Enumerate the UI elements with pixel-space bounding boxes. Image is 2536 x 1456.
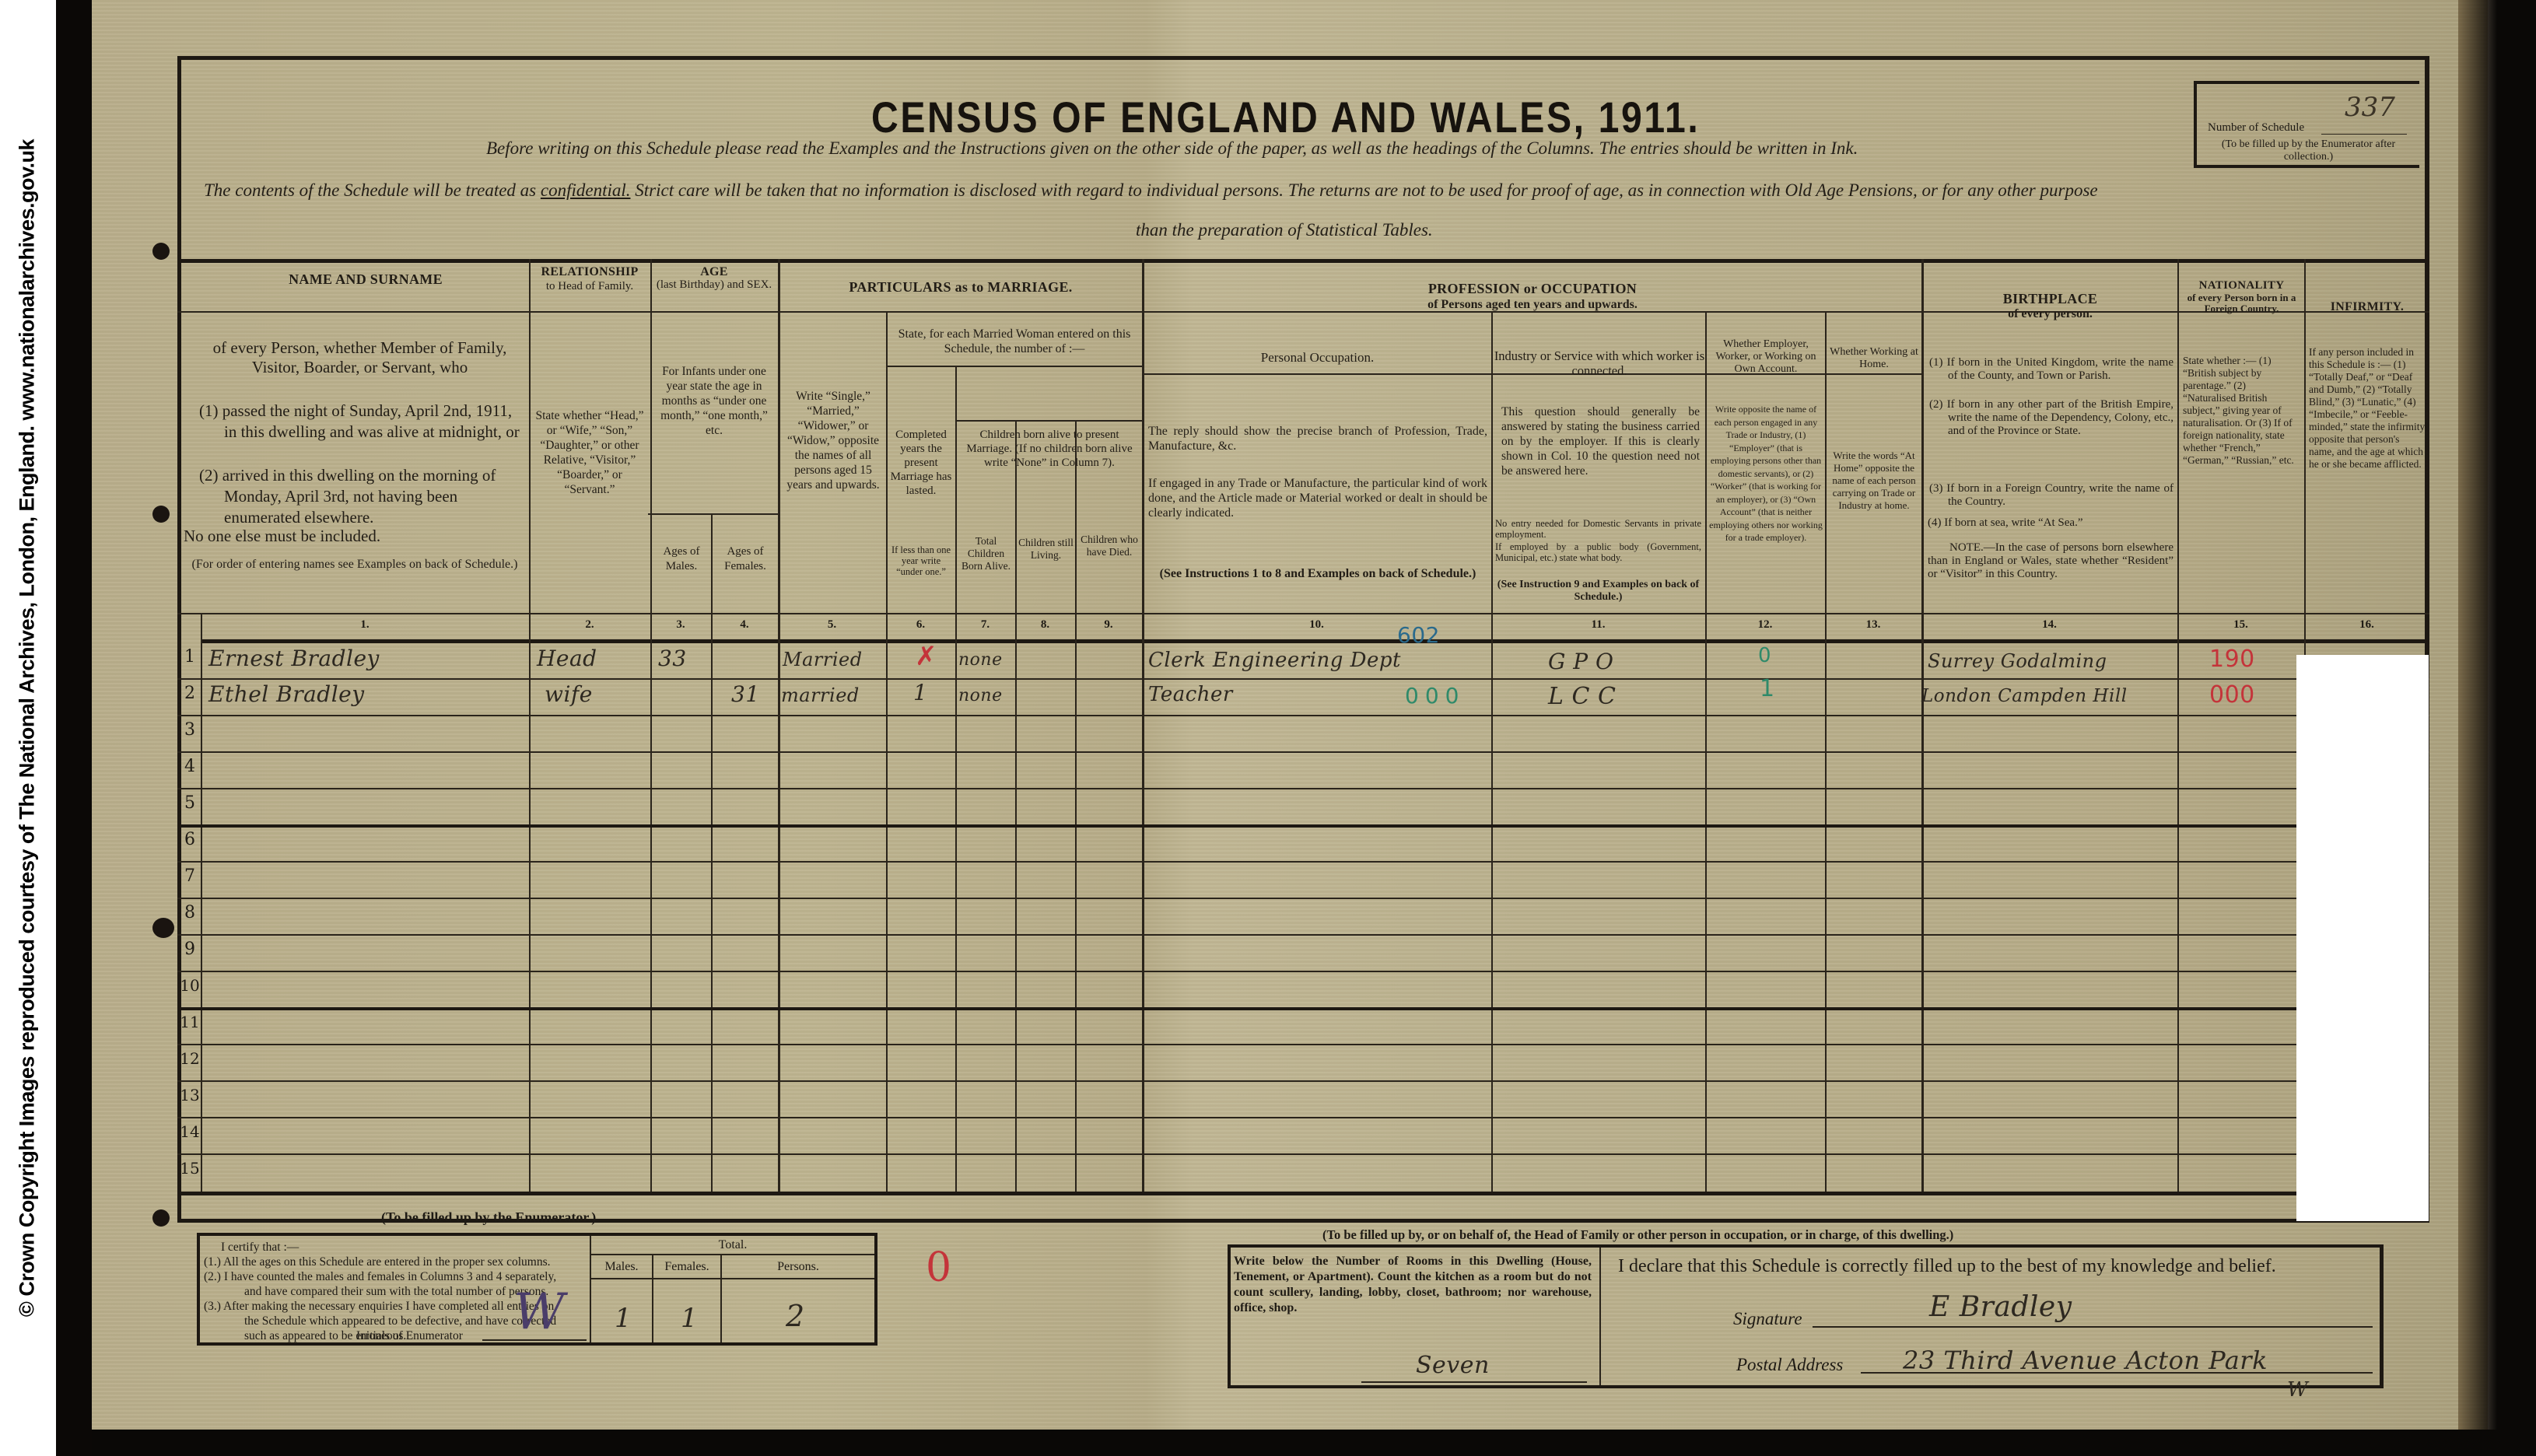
row-number: 14 bbox=[179, 1122, 201, 1141]
col-header-age-males: Ages of Males. bbox=[652, 544, 711, 574]
col-header-birthplace-item3: (3) If born in a Foreign Country, write … bbox=[1928, 482, 2173, 509]
row2-birthplace-code: 000 bbox=[2209, 681, 2255, 709]
row2-birthplace[interactable]: London Campden Hill bbox=[1921, 686, 2128, 706]
col-header-birthplace-item1: (1) If born in the United Kingdom, write… bbox=[1928, 356, 2173, 383]
total-males-label: Males. bbox=[591, 1260, 652, 1274]
row2-occupation[interactable]: Teacher bbox=[1148, 683, 1233, 706]
col-header-completed-years: Completed years the present Marriage has… bbox=[888, 428, 955, 498]
row1-occupation-code: 602 bbox=[1397, 622, 1440, 648]
col-number-2: 2. bbox=[529, 618, 650, 632]
header-bottom-rule bbox=[177, 613, 2429, 614]
certify-item-2a: (2.) I have counted the males and female… bbox=[204, 1269, 585, 1284]
col-header-birthplace-note: NOTE.—In the case of persons born elsewh… bbox=[1928, 541, 2173, 581]
confidentiality-line: The contents of the Schedule will be tre… bbox=[204, 180, 2098, 201]
col-divider bbox=[955, 366, 957, 1194]
copyright-notice: © Crown Copyright Images reproduced cour… bbox=[16, 139, 40, 1317]
schedule-number-underline bbox=[2321, 134, 2407, 135]
col-header-at-home: Whether Working at Home. bbox=[1827, 346, 1921, 371]
col-divider bbox=[1921, 259, 1924, 1194]
col-divider bbox=[2177, 259, 2179, 1194]
col-header-nationality-body: State whether :— (1) “British subject by… bbox=[2183, 355, 2301, 467]
row-rule bbox=[177, 788, 2429, 789]
row2-industry[interactable]: L C C bbox=[1548, 683, 1616, 710]
col-number-16: 16. bbox=[2304, 618, 2429, 632]
marriage-subrule bbox=[886, 366, 1142, 367]
col-header-married-woman: State, for each Married Woman entered on… bbox=[888, 327, 1141, 356]
row-rule bbox=[177, 678, 2429, 680]
row-rule-thick bbox=[177, 824, 2429, 828]
col-header-birthplace-item4: (4) If born at sea, write “At Sea.” bbox=[1928, 516, 2173, 530]
rooms-instruction: Write below the Number of Rooms in this … bbox=[1234, 1254, 1592, 1316]
col-header-industry: Industry or Service with which worker is… bbox=[1494, 348, 1705, 378]
row-number: 15 bbox=[179, 1159, 201, 1178]
total-persons-label: Persons. bbox=[722, 1260, 874, 1274]
confidentiality-line-2: than the preparation of Statistical Tabl… bbox=[1136, 220, 1433, 240]
confidential-word: confidential. bbox=[541, 180, 631, 200]
rooms-value[interactable]: Seven bbox=[1416, 1352, 1490, 1379]
scan-border-bottom bbox=[92, 1430, 2536, 1456]
col-header-relationship-sub: to Head of Family. bbox=[531, 280, 649, 293]
row-rule bbox=[177, 1117, 2429, 1118]
confidential-prefix: The contents of the Schedule will be tre… bbox=[204, 180, 536, 200]
binding-hole bbox=[152, 1209, 170, 1227]
confidential-suffix: Strict care will be taken that no inform… bbox=[635, 180, 2097, 200]
redacted-infirmity-column bbox=[2296, 655, 2429, 1221]
postal-address-label: Postal Address bbox=[1736, 1355, 1843, 1375]
col-header-name-rule: No one else must be included. bbox=[184, 529, 526, 544]
column-number-rule bbox=[201, 639, 2429, 643]
col-header-personal-note: (See Instructions 1 to 8 and Examples on… bbox=[1148, 566, 1487, 581]
col-number-6: 6. bbox=[886, 618, 955, 632]
col-header-personal-body2: If engaged in any Trade or Manufacture, … bbox=[1148, 476, 1487, 520]
postal-address-district[interactable]: W bbox=[2287, 1378, 2308, 1402]
col-header-age-sub: (last Birthday) and SEX. bbox=[652, 278, 776, 292]
col-divider bbox=[711, 513, 713, 1194]
table-bottom-rule bbox=[177, 1192, 2429, 1195]
col-header-marriage-condition: Write “Single,” “Married,” “Widower,” or… bbox=[781, 389, 885, 492]
row1-birthplace[interactable]: Surrey Godalming bbox=[1928, 650, 2107, 672]
row1-name[interactable]: Ernest Bradley bbox=[208, 646, 380, 671]
scan-border-right bbox=[2458, 0, 2536, 1456]
binding-hole bbox=[152, 918, 174, 938]
page-title: CENSUS OF ENGLAND AND WALES, 1911. bbox=[871, 92, 1700, 142]
row-number: 7 bbox=[179, 866, 201, 886]
col-number-9: 9. bbox=[1075, 618, 1142, 632]
row-number: 1 bbox=[179, 647, 201, 667]
col-header-birthplace: BIRTHPLACE bbox=[1923, 292, 2177, 306]
row-number: 8 bbox=[179, 903, 201, 922]
col-header-employer-body: Write opposite the name of each person e… bbox=[1708, 403, 1823, 544]
row-rule bbox=[177, 1044, 2429, 1045]
total-label: Total. bbox=[591, 1238, 874, 1252]
col-header-name-body: of every Person, whether Member of Famil… bbox=[194, 338, 525, 377]
enumerator-caption: (To be filled up by the Enumerator.) bbox=[381, 1209, 596, 1226]
declaration-text: I declare that this Schedule is correctl… bbox=[1618, 1256, 2276, 1277]
margin-check-mark: 0 bbox=[926, 1244, 952, 1291]
col-header-still-living: Children still Living. bbox=[1017, 537, 1075, 562]
total-females-value[interactable]: 1 bbox=[681, 1303, 698, 1334]
row1-age-male[interactable]: 33 bbox=[658, 646, 687, 671]
col-header-occupation-sub: of Persons aged ten years and upwards. bbox=[1144, 297, 1921, 312]
postal-address-value[interactable]: 23 Third Avenue Acton Park bbox=[1903, 1346, 2268, 1375]
row-number: 12 bbox=[179, 1049, 201, 1068]
col-header-infirmity: INFIRMITY. bbox=[2306, 299, 2429, 314]
schedule-number-note: (To be filled up by the Enumerator after… bbox=[2201, 138, 2415, 163]
col-header-relationship-body: State whether “Head,” or “Wife,” “Son,” … bbox=[535, 408, 644, 497]
row-rule bbox=[177, 1153, 2429, 1155]
scan-border-left bbox=[56, 0, 93, 1456]
col-header-name-item2: (2) arrived in this dwelling on the morn… bbox=[194, 465, 525, 528]
col-header-birthplace-item2: (2) If born in any other part of the Bri… bbox=[1928, 398, 2173, 438]
schedule-number-value[interactable]: 337 bbox=[2345, 101, 2395, 114]
row-number: 10 bbox=[179, 976, 201, 995]
col-header-infirmity-body: If any person included in this Schedule … bbox=[2309, 346, 2426, 471]
enumerator-initials[interactable]: W bbox=[513, 1283, 565, 1341]
row-rule bbox=[177, 1080, 2429, 1082]
row-number: 6 bbox=[179, 830, 201, 849]
row-rule bbox=[177, 861, 2429, 863]
row-rule bbox=[177, 934, 2429, 936]
signature-value[interactable]: E Bradley bbox=[1929, 1291, 2072, 1323]
row1-relationship[interactable]: Head bbox=[537, 646, 597, 671]
col-header-name: NAME AND SURNAME bbox=[202, 272, 529, 287]
col-header-age-body: For Infants under one year state the age… bbox=[653, 364, 775, 438]
col-header-died: Children who have Died. bbox=[1077, 534, 1142, 558]
col-number-3: 3. bbox=[650, 618, 711, 632]
signature-underline bbox=[1813, 1326, 2373, 1328]
age-subrule bbox=[648, 513, 778, 515]
row-rule-thick bbox=[177, 1007, 2429, 1010]
row2-relationship[interactable]: wife bbox=[545, 681, 593, 707]
col-header-age-females: Ages of Females. bbox=[713, 544, 778, 574]
col-header-name-note: (For order of entering names see Example… bbox=[184, 557, 526, 572]
binding-hole bbox=[152, 506, 170, 523]
row2-occupation-code: 000 bbox=[1405, 683, 1465, 709]
row-number: 13 bbox=[179, 1086, 201, 1104]
row1-birthplace-code: 190 bbox=[2209, 646, 2255, 673]
col-number-4: 4. bbox=[711, 618, 778, 632]
row-number: 2 bbox=[179, 684, 201, 703]
row-rule bbox=[177, 715, 2429, 716]
row-rule bbox=[177, 971, 2429, 972]
col-header-industry-body2: No entry needed for Domestic Servants in… bbox=[1495, 518, 1701, 540]
row-rule bbox=[177, 751, 2429, 753]
col-divider bbox=[201, 613, 202, 1194]
row-number: 3 bbox=[179, 720, 201, 740]
initials-label: Initials of Enumerator bbox=[356, 1328, 463, 1343]
col-header-completed-note: If less than one year write “under one.” bbox=[888, 544, 955, 577]
col-header-personal-occupation: Personal Occupation. bbox=[1144, 350, 1491, 365]
row-number: 9 bbox=[179, 940, 201, 959]
row1-condition[interactable]: Married bbox=[783, 649, 863, 670]
total-rule bbox=[591, 1254, 874, 1255]
total-persons-value[interactable]: 2 bbox=[786, 1299, 805, 1333]
total-females-label: Females. bbox=[653, 1260, 720, 1274]
row-number: 11 bbox=[179, 1013, 201, 1031]
col-number-11: 11. bbox=[1491, 618, 1705, 632]
binding-hole bbox=[152, 243, 170, 260]
schedule-number-label: Number of Schedule bbox=[2208, 121, 2304, 135]
col-header-industry-note: (See Instruction 9 and Examples on back … bbox=[1495, 579, 1701, 604]
row1-employer-status: 0 bbox=[1758, 644, 1771, 667]
col-header-marriage: PARTICULARS as to MARRIAGE. bbox=[779, 280, 1142, 295]
col-header-children: Children born alive to present Marriage.… bbox=[957, 428, 1142, 470]
total-subrule bbox=[591, 1278, 874, 1279]
schedule-number-box: Number of Schedule 337 (To be filled up … bbox=[2194, 81, 2419, 168]
col-header-personal-body1: The reply should show the precise branch… bbox=[1148, 424, 1487, 453]
col-number-13: 13. bbox=[1825, 618, 1921, 632]
col-divider bbox=[650, 259, 652, 1194]
children-subrule bbox=[955, 420, 1142, 422]
row2-employer-status: 1 bbox=[1760, 675, 1775, 702]
row-number: 5 bbox=[179, 793, 201, 813]
row2-name[interactable]: Ethel Bradley bbox=[208, 681, 365, 707]
col-number-5: 5. bbox=[778, 618, 886, 632]
col-number-14: 14. bbox=[1921, 618, 2177, 632]
col-header-name-item1: (1) passed the night of Sunday, April 2n… bbox=[194, 401, 525, 443]
col-header-industry-body3: If employed by a public body (Government… bbox=[1495, 541, 1701, 563]
col-divider bbox=[778, 259, 780, 1194]
col-header-nationality-sub: of every Person born in a Foreign Countr… bbox=[2179, 292, 2304, 314]
copyright-strip: © Crown Copyright Images reproduced cour… bbox=[0, 0, 54, 1456]
total-males-value[interactable]: 1 bbox=[615, 1303, 632, 1334]
certify-heading: I certify that :— bbox=[204, 1240, 585, 1255]
row2-age-female[interactable]: 31 bbox=[731, 681, 760, 707]
col-header-total-born: Total Children Born Alive. bbox=[957, 535, 1015, 572]
instruction-line: Before writing on this Schedule please r… bbox=[486, 138, 1858, 159]
row-rule bbox=[177, 898, 2429, 899]
household-caption: (To be filled up by, or on behalf of, th… bbox=[1322, 1227, 1953, 1243]
col-header-occupation: PROFESSION or OCCUPATION bbox=[1144, 282, 1921, 296]
row1-occupation[interactable]: Clerk Engineering Dept bbox=[1148, 649, 1401, 672]
rooms-underline bbox=[1361, 1381, 1587, 1383]
row2-years-married[interactable]: 1 bbox=[913, 680, 927, 705]
row1-children-total[interactable]: none bbox=[958, 650, 1003, 670]
row2-children-total[interactable]: none bbox=[958, 686, 1003, 705]
col-header-industry-body1: This question should generally be answer… bbox=[1501, 404, 1700, 478]
col-header-relationship: RELATIONSHIP bbox=[531, 264, 649, 279]
col-divider bbox=[1142, 259, 1144, 1194]
col-number-15: 15. bbox=[2177, 618, 2304, 632]
household-divider bbox=[1599, 1248, 1601, 1385]
col-header-at-home-body: Write the words “At Home” opposite the n… bbox=[1828, 450, 1920, 512]
col-number-8: 8. bbox=[1015, 618, 1075, 632]
col-number-1: 1. bbox=[201, 618, 529, 632]
col-divider bbox=[529, 259, 531, 1194]
table-top-rule bbox=[177, 259, 2429, 263]
row2-condition[interactable]: married bbox=[781, 684, 860, 706]
row1-strike-mark: ✗ bbox=[915, 641, 937, 672]
col-number-12: 12. bbox=[1705, 618, 1825, 632]
col-header-age: AGE bbox=[652, 264, 776, 279]
col-number-7: 7. bbox=[955, 618, 1015, 632]
certify-item-1: (1.) All the ages on this Schedule are e… bbox=[204, 1255, 585, 1269]
row-number: 4 bbox=[179, 757, 201, 776]
col-header-birthplace-sub: of every person. bbox=[1923, 306, 2177, 321]
row1-industry[interactable]: G P O bbox=[1548, 649, 1613, 674]
col-header-employer: Whether Employer, Worker, or Working on … bbox=[1707, 338, 1825, 376]
signature-label: Signature bbox=[1733, 1309, 1802, 1329]
